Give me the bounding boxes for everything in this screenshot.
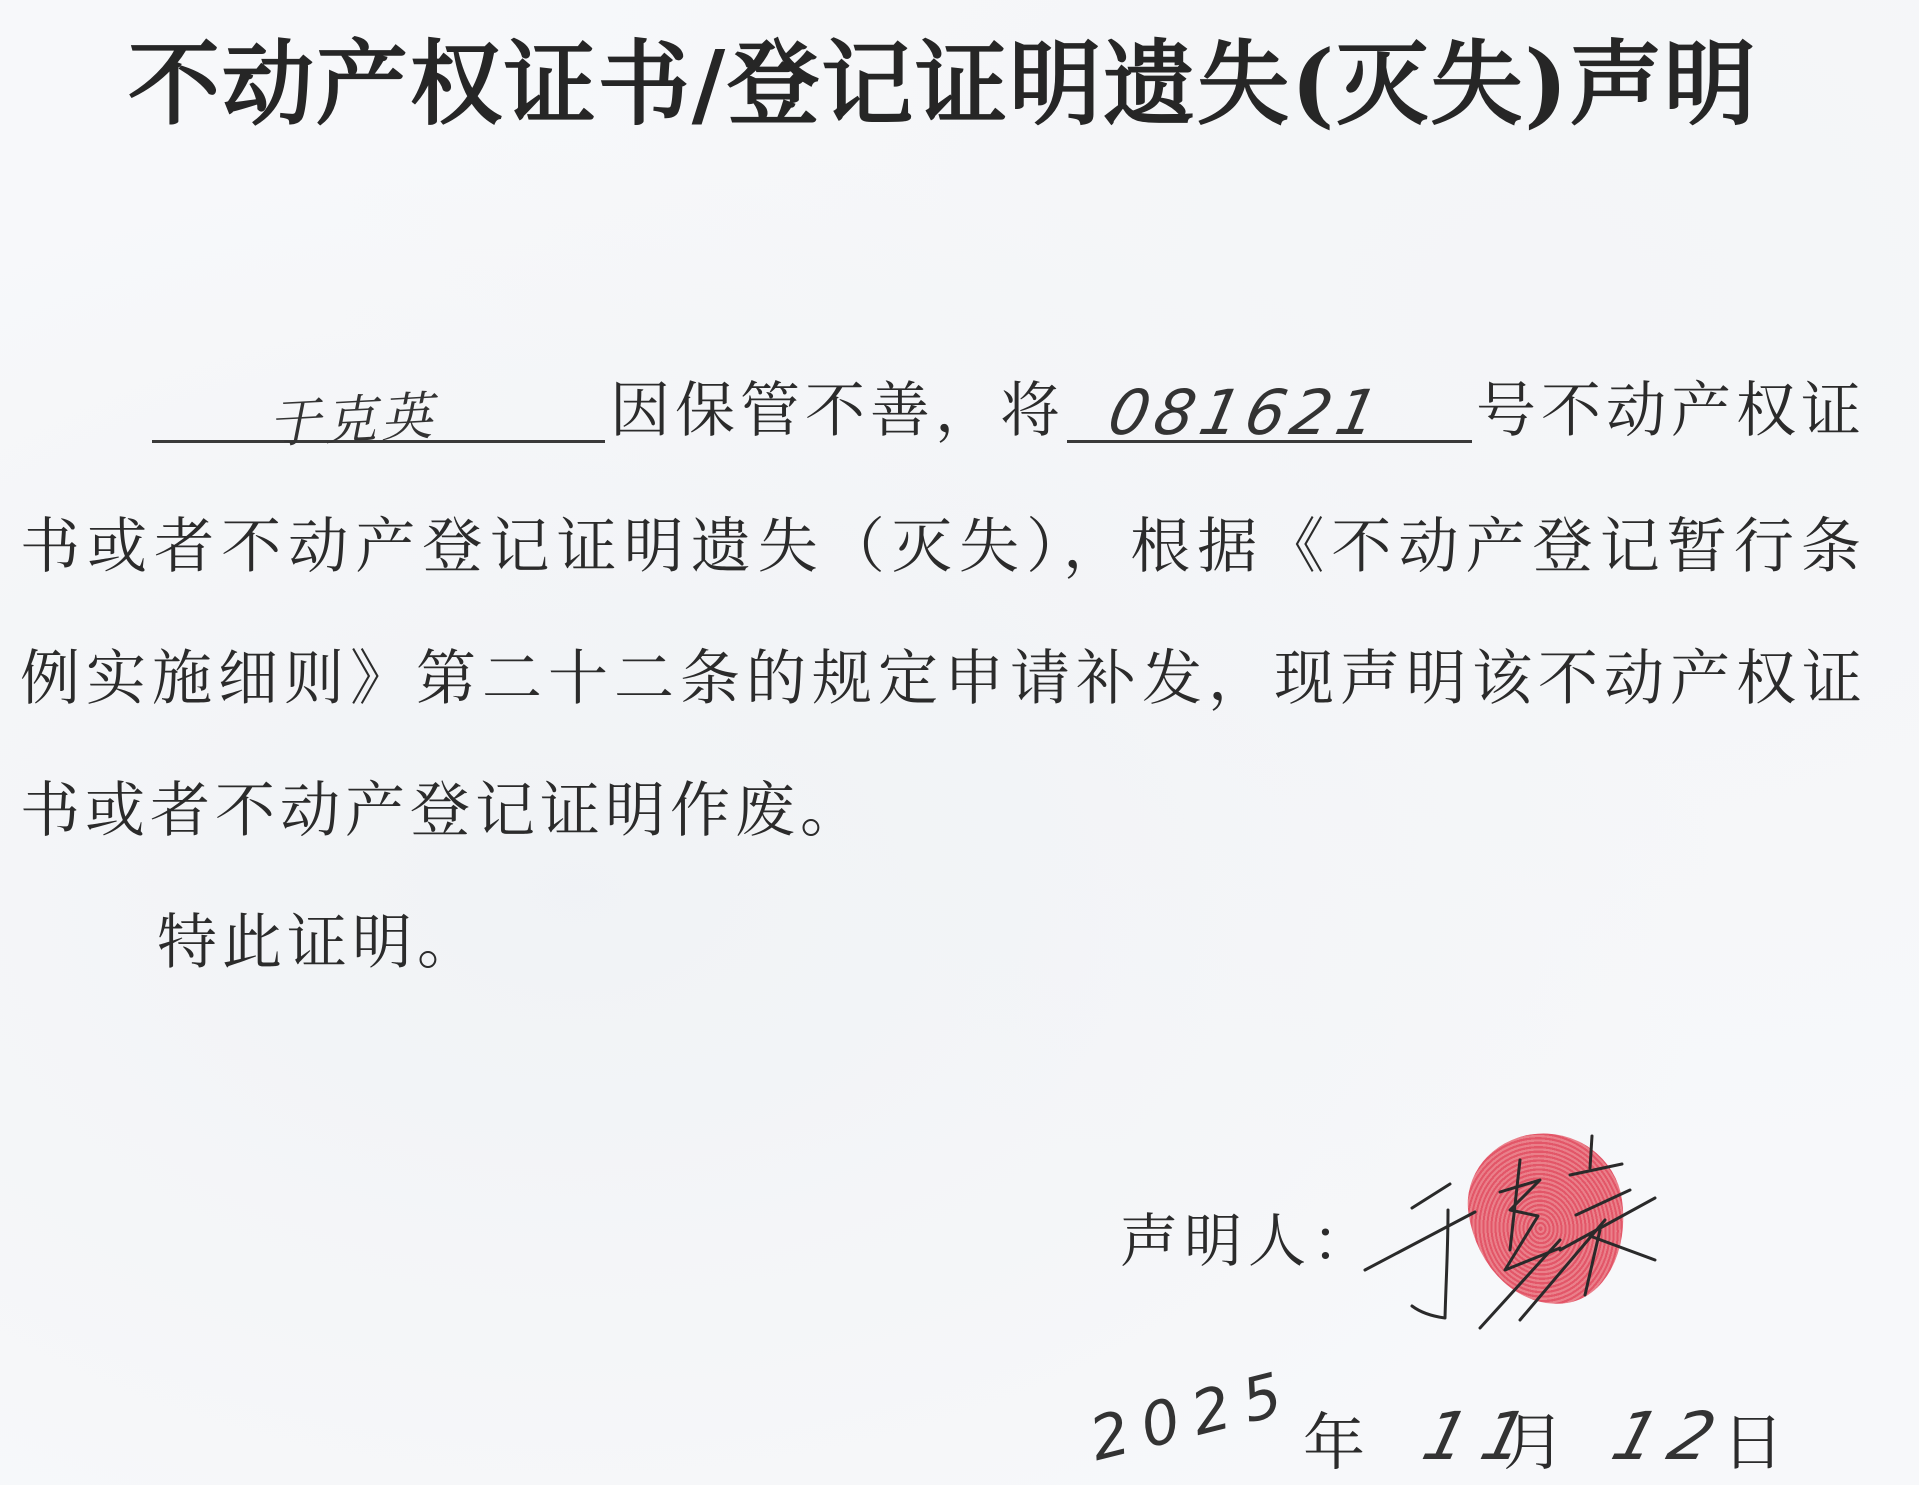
- body-line-1-segment-b: 号不动产权证: [1476, 378, 1866, 444]
- declarant-label: 声明人：: [1120, 1208, 1376, 1274]
- body-line-1-segment-a: 因保管不善，将: [610, 378, 1065, 444]
- body-line-2: 书或者不动产登记证明遗失（灭失），根据《不动产登记暂行条: [20, 514, 1868, 580]
- handwritten-certificate-number: 081621: [1102, 376, 1390, 449]
- handwritten-name: 于克英: [266, 374, 438, 458]
- date-day-unit: 日: [1722, 1410, 1784, 1476]
- body-line-3: 例实施细则》第二十二条的规定申请补发，现声明该不动产权证: [20, 646, 1868, 712]
- handwritten-signature: [1360, 1120, 1660, 1360]
- document-title: 不动产权证书/登记证明遗失(灭失)声明: [128, 34, 1758, 134]
- body-line-4: 书或者不动产登记证明作废。: [20, 778, 865, 844]
- title-text: 不动产权证书/登记证明遗失(灭失)声明: [128, 34, 1758, 134]
- date-day: 12: [1604, 1398, 1738, 1475]
- closing-statement: 特此证明。: [157, 910, 482, 976]
- date-year-digit-group: 2025: [1100, 1395, 1290, 1485]
- date-year-unit: 年: [1303, 1410, 1365, 1476]
- date-month-unit: 月: [1503, 1410, 1565, 1476]
